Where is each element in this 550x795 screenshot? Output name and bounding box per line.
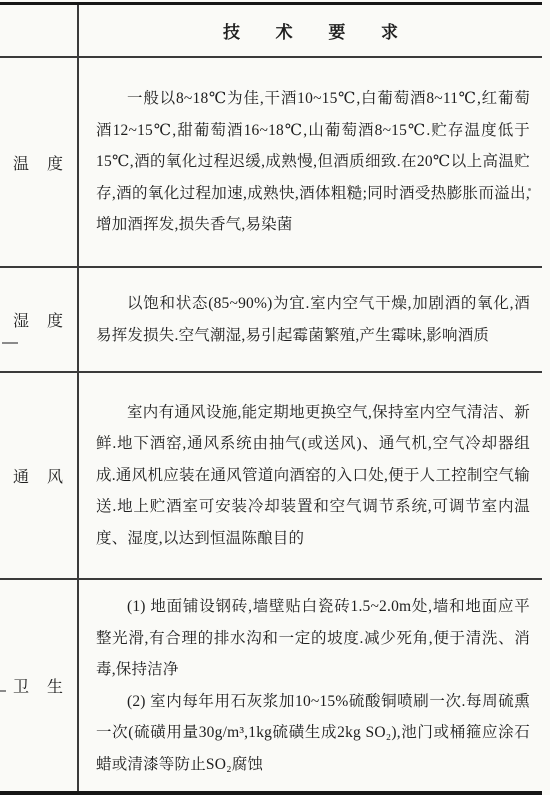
row-label-ventilation: 通 风 xyxy=(0,373,79,578)
scan-artifact xyxy=(2,342,18,344)
row-content-humidity: 以饱和状态(85~90%)为宜.室内空气干燥,加剧酒的氧化,酒易挥发损失.空气潮… xyxy=(79,268,542,371)
scan-artifact xyxy=(0,690,6,692)
technical-requirements-table: 技 术 要 求 温 度 一般以8~18℃为佳,干酒10~15℃,白葡萄酒8~11… xyxy=(0,2,542,795)
row-label-humidity: 湿 度 xyxy=(0,268,79,371)
table-row-ventilation: 通 风 室内有通风设施,能定期地更换空气,保持室内空气清洁、新鲜.地下酒窑,通风… xyxy=(0,373,542,580)
table-header-row: 技 术 要 求 xyxy=(0,5,542,58)
row-label-temperature: 温 度 xyxy=(0,58,79,266)
scan-artifact xyxy=(528,188,531,191)
table-row-hygiene: 卫 生 (1) 地面铺设钢砖,墙壁贴白瓷砖1.5~2.0m处,墙和地面应平整光滑… xyxy=(0,580,542,791)
ventilation-paragraph: 室内有通风设施,能定期地更换空气,保持室内空气清洁、新鲜.地下酒窑,通风系统由抽… xyxy=(96,397,530,555)
header-label-cell-empty xyxy=(0,5,79,56)
table-row-humidity: 湿 度 以饱和状态(85~90%)为宜.室内空气干燥,加剧酒的氧化,酒易挥发损失… xyxy=(0,268,542,373)
row-content-ventilation: 室内有通风设施,能定期地更换空气,保持室内空气清洁、新鲜.地下酒窑,通风系统由抽… xyxy=(79,373,542,578)
hygiene-paragraph-1: (1) 地面铺设钢砖,墙壁贴白瓷砖1.5~2.0m处,墙和地面应平整光滑,有合理… xyxy=(96,591,530,686)
row-label-hygiene: 卫 生 xyxy=(0,580,79,791)
table-title: 技 术 要 求 xyxy=(79,5,542,56)
temperature-paragraph: 一般以8~18℃为佳,干酒10~15℃,白葡萄酒8~11℃,红葡萄酒12~15℃… xyxy=(96,83,530,241)
row-content-hygiene: (1) 地面铺设钢砖,墙壁贴白瓷砖1.5~2.0m处,墙和地面应平整光滑,有合理… xyxy=(79,580,542,791)
table-row-temperature: 温 度 一般以8~18℃为佳,干酒10~15℃,白葡萄酒8~11℃,红葡萄酒12… xyxy=(0,58,542,268)
row-content-temperature: 一般以8~18℃为佳,干酒10~15℃,白葡萄酒8~11℃,红葡萄酒12~15℃… xyxy=(79,58,542,266)
hygiene-paragraph-2: (2) 室内每年用石灰浆加10~15%硫酸铜喷刷一次.每周硫熏一次(硫磺用量30… xyxy=(96,686,530,781)
scanned-document-page: 技 术 要 求 温 度 一般以8~18℃为佳,干酒10~15℃,白葡萄酒8~11… xyxy=(0,0,550,795)
humidity-paragraph: 以饱和状态(85~90%)为宜.室内空气干燥,加剧酒的氧化,酒易挥发损失.空气潮… xyxy=(96,288,530,351)
